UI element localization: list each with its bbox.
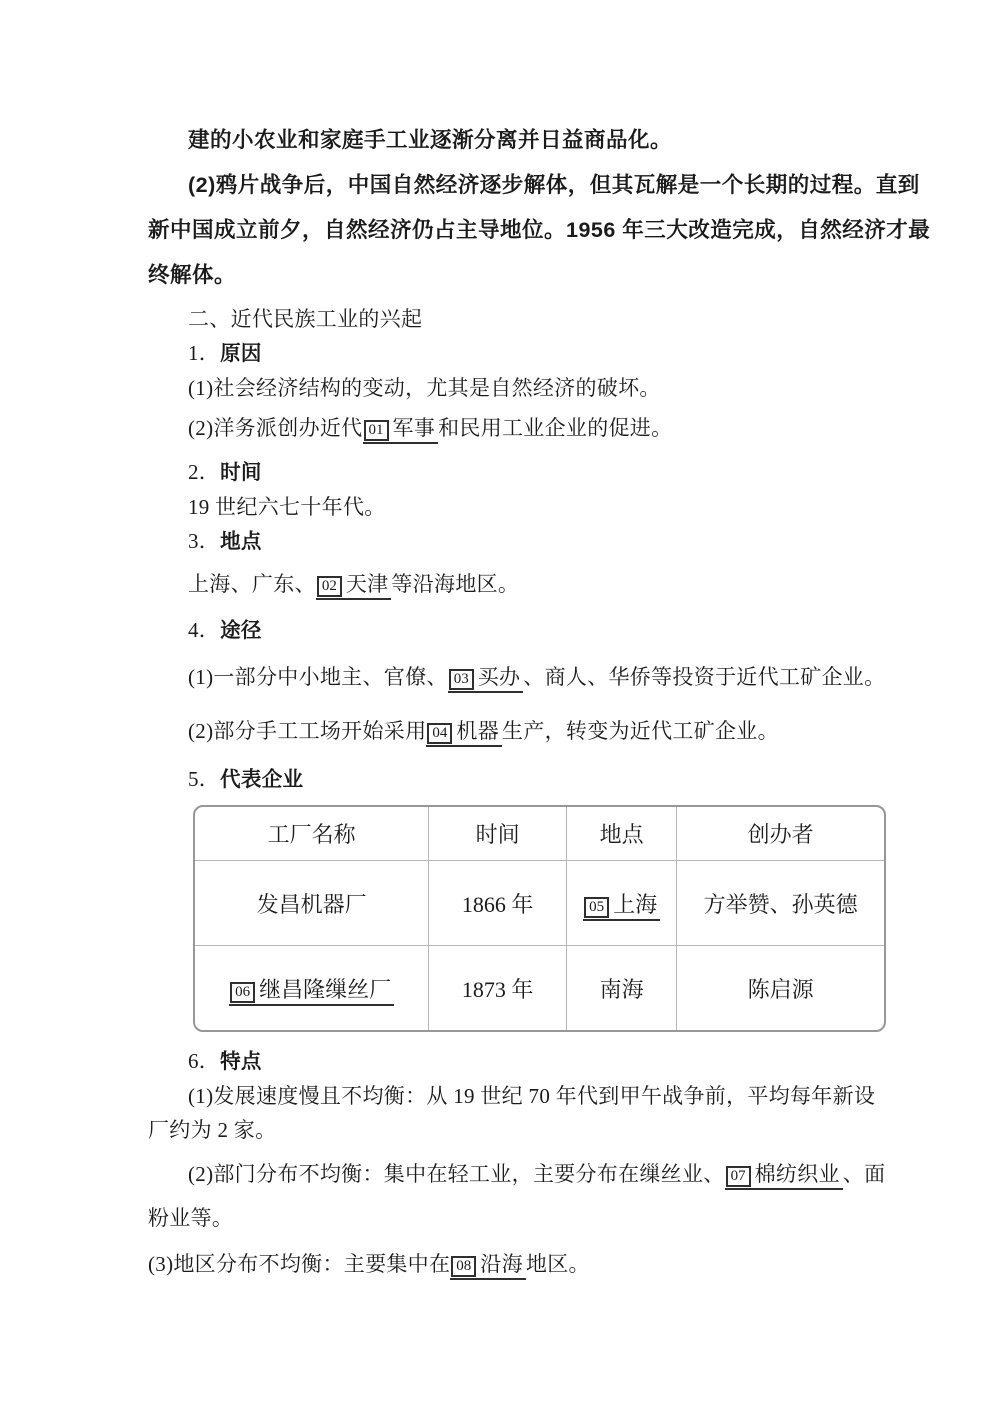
table-header-cell: 工厂名称 [195,807,429,861]
answer-text: 天津 [346,572,389,596]
table-cell: 05上海 [567,861,677,946]
text-run: 1866 年 [462,892,534,917]
table-cell: 陈启源 [677,946,884,1030]
answer-blank: 05上海 [583,892,660,921]
intro-line: 建的小农业和家庭手工业逐渐分离并日益商品化。 [148,118,857,163]
body-line: (2)部分手工工场开始采用04机器生产，转变为近代工矿企业。 [148,710,857,752]
answer-blank: 08沿海 [450,1252,526,1280]
intro-line: 终解体。 [148,253,857,298]
table-row: 发昌机器厂1866 年05上海方举赞、孙英德 [195,861,884,946]
section-heading: 5．代表企业 [148,762,857,797]
answer-text: 军事 [393,416,436,440]
text-run: (1)社会经济结构的变动，尤其是自然经济的破坏。 [188,376,661,400]
body-line: (2)部门分布不均衡：集中在轻工业，主要分布在缫丝业、07棉纺织业、面 [148,1153,857,1195]
text-run: (2)洋务派创办近代 [188,416,363,440]
heading-title: 地点 [220,530,262,553]
heading-title: 代表企业 [220,768,303,791]
text-run: 、面 [843,1162,886,1186]
answer-number-badge: 08 [451,1256,476,1277]
answer-text: 沿海 [480,1252,523,1276]
section-heading: 6．特点 [148,1044,857,1079]
answer-blank: 04机器 [426,719,502,747]
answer-text: 上海 [613,892,657,917]
text-run: 生产，转变为近代工矿企业。 [502,719,779,743]
body-line: (1)一部分中小地主、官僚、03买办、商人、华侨等投资于近代工矿企业。 [148,656,857,698]
text-run: 二、近代民族工业的兴起 [188,307,422,331]
table-header-cell: 时间 [429,807,567,861]
heading-title: 原因 [220,342,262,365]
answer-text: 继昌隆缫丝厂 [259,977,391,1002]
text-run: 等沿海地区。 [391,572,519,596]
table-cell: 06继昌隆缫丝厂 [195,946,429,1030]
text-run: 陈启源 [748,977,814,1002]
table-cell: 南海 [567,946,677,1030]
text-run: (3)地区分布不均衡：主要集中在 [148,1252,450,1276]
answer-blank: 06继昌隆缫丝厂 [229,977,394,1006]
table-cell: 1873 年 [429,946,567,1030]
text-run: 1873 年 [462,977,534,1002]
section-heading: 2．时间 [148,455,857,490]
answer-blank: 02天津 [316,572,392,600]
table-cell: 方举赞、孙英德 [677,861,884,946]
text-run: 上海、广东、 [188,572,316,596]
answer-number-badge: 07 [726,1166,751,1187]
answer-number-badge: 03 [449,669,474,690]
text-run: (1)发展速度慢且不均衡：从 19 世纪 70 年代到甲午战争前，平均每年新设 [188,1084,875,1108]
companies-table: 工厂名称时间地点创办者发昌机器厂1866 年05上海方举赞、孙英德06继昌隆缫丝… [193,805,886,1032]
text-run: 南海 [600,977,644,1002]
table-header-row: 工厂名称时间地点创办者 [195,807,884,861]
heading-number: 2． [188,460,220,484]
text-run: 方举赞、孙英德 [704,892,858,917]
answer-number-badge: 04 [427,723,452,744]
section-heading: 1．原因 [148,336,857,371]
heading-number: 1． [188,341,220,365]
body-line: (1)社会经济结构的变动，尤其是自然经济的破坏。 [148,371,857,405]
text-run: 和民用工业企业的促进。 [438,416,672,440]
answer-blank: 01军事 [363,416,439,444]
table-cell: 发昌机器厂 [195,861,429,946]
text-run: 厂约为 2 家。 [148,1118,276,1142]
textbook-page: 建的小农业和家庭手工业逐渐分离并日益商品化。(2)鸦片战争后，中国自然经济逐步解… [0,0,1000,1414]
text-run: 、商人、华侨等投资于近代工矿企业。 [523,665,885,689]
table-header-cell: 地点 [567,807,677,861]
table-header-cell: 创办者 [677,807,884,861]
text-run: (2)鸦片战争后，中国自然经济逐步解体，但其瓦解是一个长期的过程。直到 [188,173,920,197]
answer-number-badge: 06 [230,982,255,1003]
text-run: 建的小农业和家庭手工业逐渐分离并日益商品化。 [188,128,672,152]
text-run: 终解体。 [148,263,236,287]
section-heading: 3．地点 [148,524,857,559]
companies-table-wrap: 工厂名称时间地点创办者发昌机器厂1866 年05上海方举赞、孙英德06继昌隆缫丝… [193,805,857,1032]
body-line: (3)地区分布不均衡：主要集中在08沿海地区。 [148,1243,857,1285]
answer-blank: 07棉纺织业 [725,1162,843,1190]
heading-number: 6． [188,1049,220,1073]
section-heading: 4．途径 [148,613,857,648]
text-run: 发昌机器厂 [257,892,367,917]
answer-text: 买办 [478,665,521,689]
text-run: (2)部分手工工场开始采用 [188,719,426,743]
study-notes-bottom: 6．特点(1)发展速度慢且不均衡：从 19 世纪 70 年代到甲午战争前，平均每… [148,1044,857,1285]
answer-blank: 03买办 [448,665,524,693]
body-line: 粉业等。 [148,1201,857,1235]
intro-line: (2)鸦片战争后，中国自然经济逐步解体，但其瓦解是一个长期的过程。直到 [148,163,857,208]
table-row: 06继昌隆缫丝厂1873 年南海陈启源 [195,946,884,1030]
body-line: (1)发展速度慢且不均衡：从 19 世纪 70 年代到甲午战争前，平均每年新设 [148,1079,857,1113]
body-line: 二、近代民族工业的兴起 [148,302,857,336]
text-run: 19 世纪六七十年代。 [188,495,386,519]
heading-title: 特点 [220,1050,262,1073]
heading-number: 5． [188,767,220,791]
answer-number-badge: 02 [317,576,342,597]
table-cell: 1866 年 [429,861,567,946]
heading-number: 3． [188,529,220,553]
body-line: (2)洋务派创办近代01军事和民用工业企业的促进。 [148,407,857,449]
heading-title: 途径 [220,619,262,642]
text-run: 新中国成立前夕，自然经济仍占主导地位。1956 年三大改造完成，自然经济才最 [148,218,930,242]
answer-text: 棉纺织业 [755,1162,840,1186]
text-run: (1)一部分中小地主、官僚、 [188,665,448,689]
heading-number: 4． [188,618,220,642]
text-run: 地区。 [526,1252,590,1276]
answer-number-badge: 01 [364,420,389,441]
body-line: 19 世纪六七十年代。 [148,490,857,524]
answer-number-badge: 05 [584,897,609,918]
body-line: 上海、广东、02天津等沿海地区。 [148,563,857,605]
answer-text: 机器 [456,719,499,743]
text-run: 粉业等。 [148,1206,233,1230]
heading-title: 时间 [220,461,262,484]
study-notes-top: 建的小农业和家庭手工业逐渐分离并日益商品化。(2)鸦片战争后，中国自然经济逐步解… [148,118,857,797]
body-line: 厂约为 2 家。 [148,1113,857,1147]
text-run: (2)部门分布不均衡：集中在轻工业，主要分布在缫丝业、 [188,1162,725,1186]
intro-line: 新中国成立前夕，自然经济仍占主导地位。1956 年三大改造完成，自然经济才最 [148,208,857,253]
